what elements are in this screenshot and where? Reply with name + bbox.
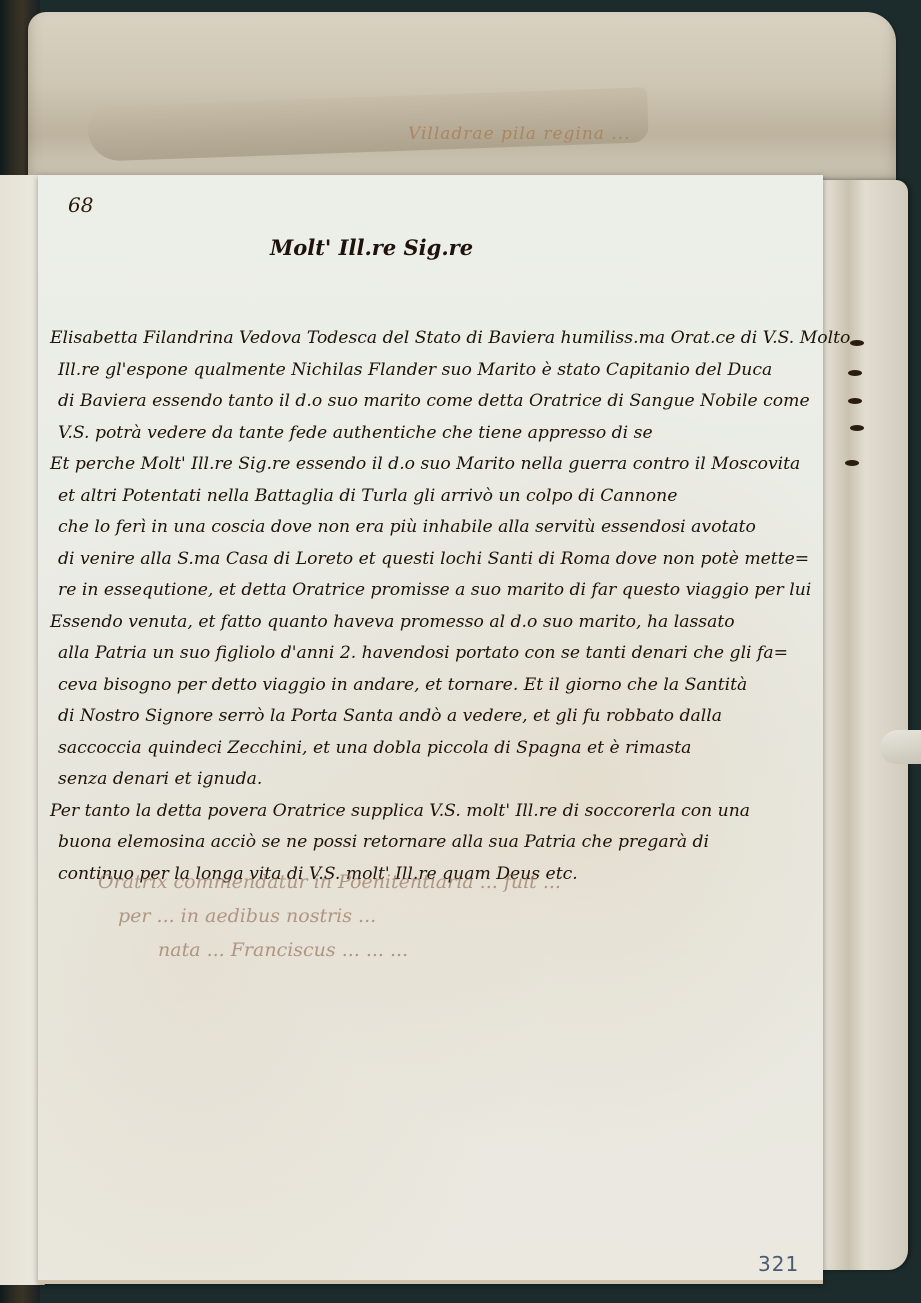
- text-line: re in essequtione, et detta Oratrice pro…: [50, 575, 810, 607]
- manuscript-page: 68 Molt' Ill.re Sig.re Elisabetta Filand…: [38, 175, 823, 1284]
- binding-string: [880, 730, 921, 764]
- text-line: Essendo venuta, et fatto quanto haveva p…: [50, 607, 810, 639]
- text-line: di Nostro Signore serrò la Porta Santa a…: [50, 701, 810, 733]
- text-line: et altri Potentati nella Battaglia di Tu…: [50, 481, 810, 513]
- folded-top-pages: Villadrae pila regina ...: [28, 12, 896, 187]
- petition-text: Elisabetta Filandrina Vedova Todesca del…: [50, 323, 810, 890]
- faded-latin-annotation: Oratrix commendatur in Poenitentiaria ..…: [98, 865, 798, 967]
- text-line: saccoccia quindeci Zecchini, et una dobl…: [50, 733, 810, 765]
- folio-number: 68: [68, 193, 93, 217]
- annotation-line: per ... in aedibus nostris ...: [98, 899, 798, 933]
- text-line: Ill.re gl'espone qualmente Nichilas Flan…: [50, 355, 810, 387]
- text-line: Et perche Molt' Ill.re Sig.re essendo il…: [50, 449, 810, 481]
- top-fold-note: Villadrae pila regina ...: [408, 124, 631, 144]
- binding-stitch: [850, 425, 864, 431]
- text-line: che lo ferì in una coscia dove non era p…: [50, 512, 810, 544]
- text-line: Elisabetta Filandrina Vedova Todesca del…: [50, 323, 810, 355]
- archive-stamp-number: 321: [758, 1252, 799, 1276]
- binding-stitch: [848, 398, 862, 404]
- text-line: di venire alla S.ma Casa di Loreto et qu…: [50, 544, 810, 576]
- text-line: V.S. potrà vedere da tante fede authenti…: [50, 418, 810, 450]
- text-line: ceva bisogno per detto viaggio in andare…: [50, 670, 810, 702]
- text-line: Per tanto la detta povera Oratrice suppl…: [50, 796, 810, 828]
- annotation-line: nata ... Franciscus ... ... ...: [98, 933, 798, 967]
- text-line: senza denari et ignuda.: [50, 764, 810, 796]
- salutation: Molt' Ill.re Sig.re: [270, 235, 473, 260]
- binding-stitch: [850, 340, 864, 346]
- text-line: di Baviera essendo tanto il d.o suo mari…: [50, 386, 810, 418]
- text-line: buona elemosina acciò se ne possi retorn…: [50, 827, 810, 859]
- binding-stitch: [848, 370, 862, 376]
- text-line: alla Patria un suo figliolo d'anni 2. ha…: [50, 638, 810, 670]
- binding-stitch: [845, 460, 859, 466]
- annotation-line: Oratrix commendatur in Poenitentiaria ..…: [98, 865, 798, 899]
